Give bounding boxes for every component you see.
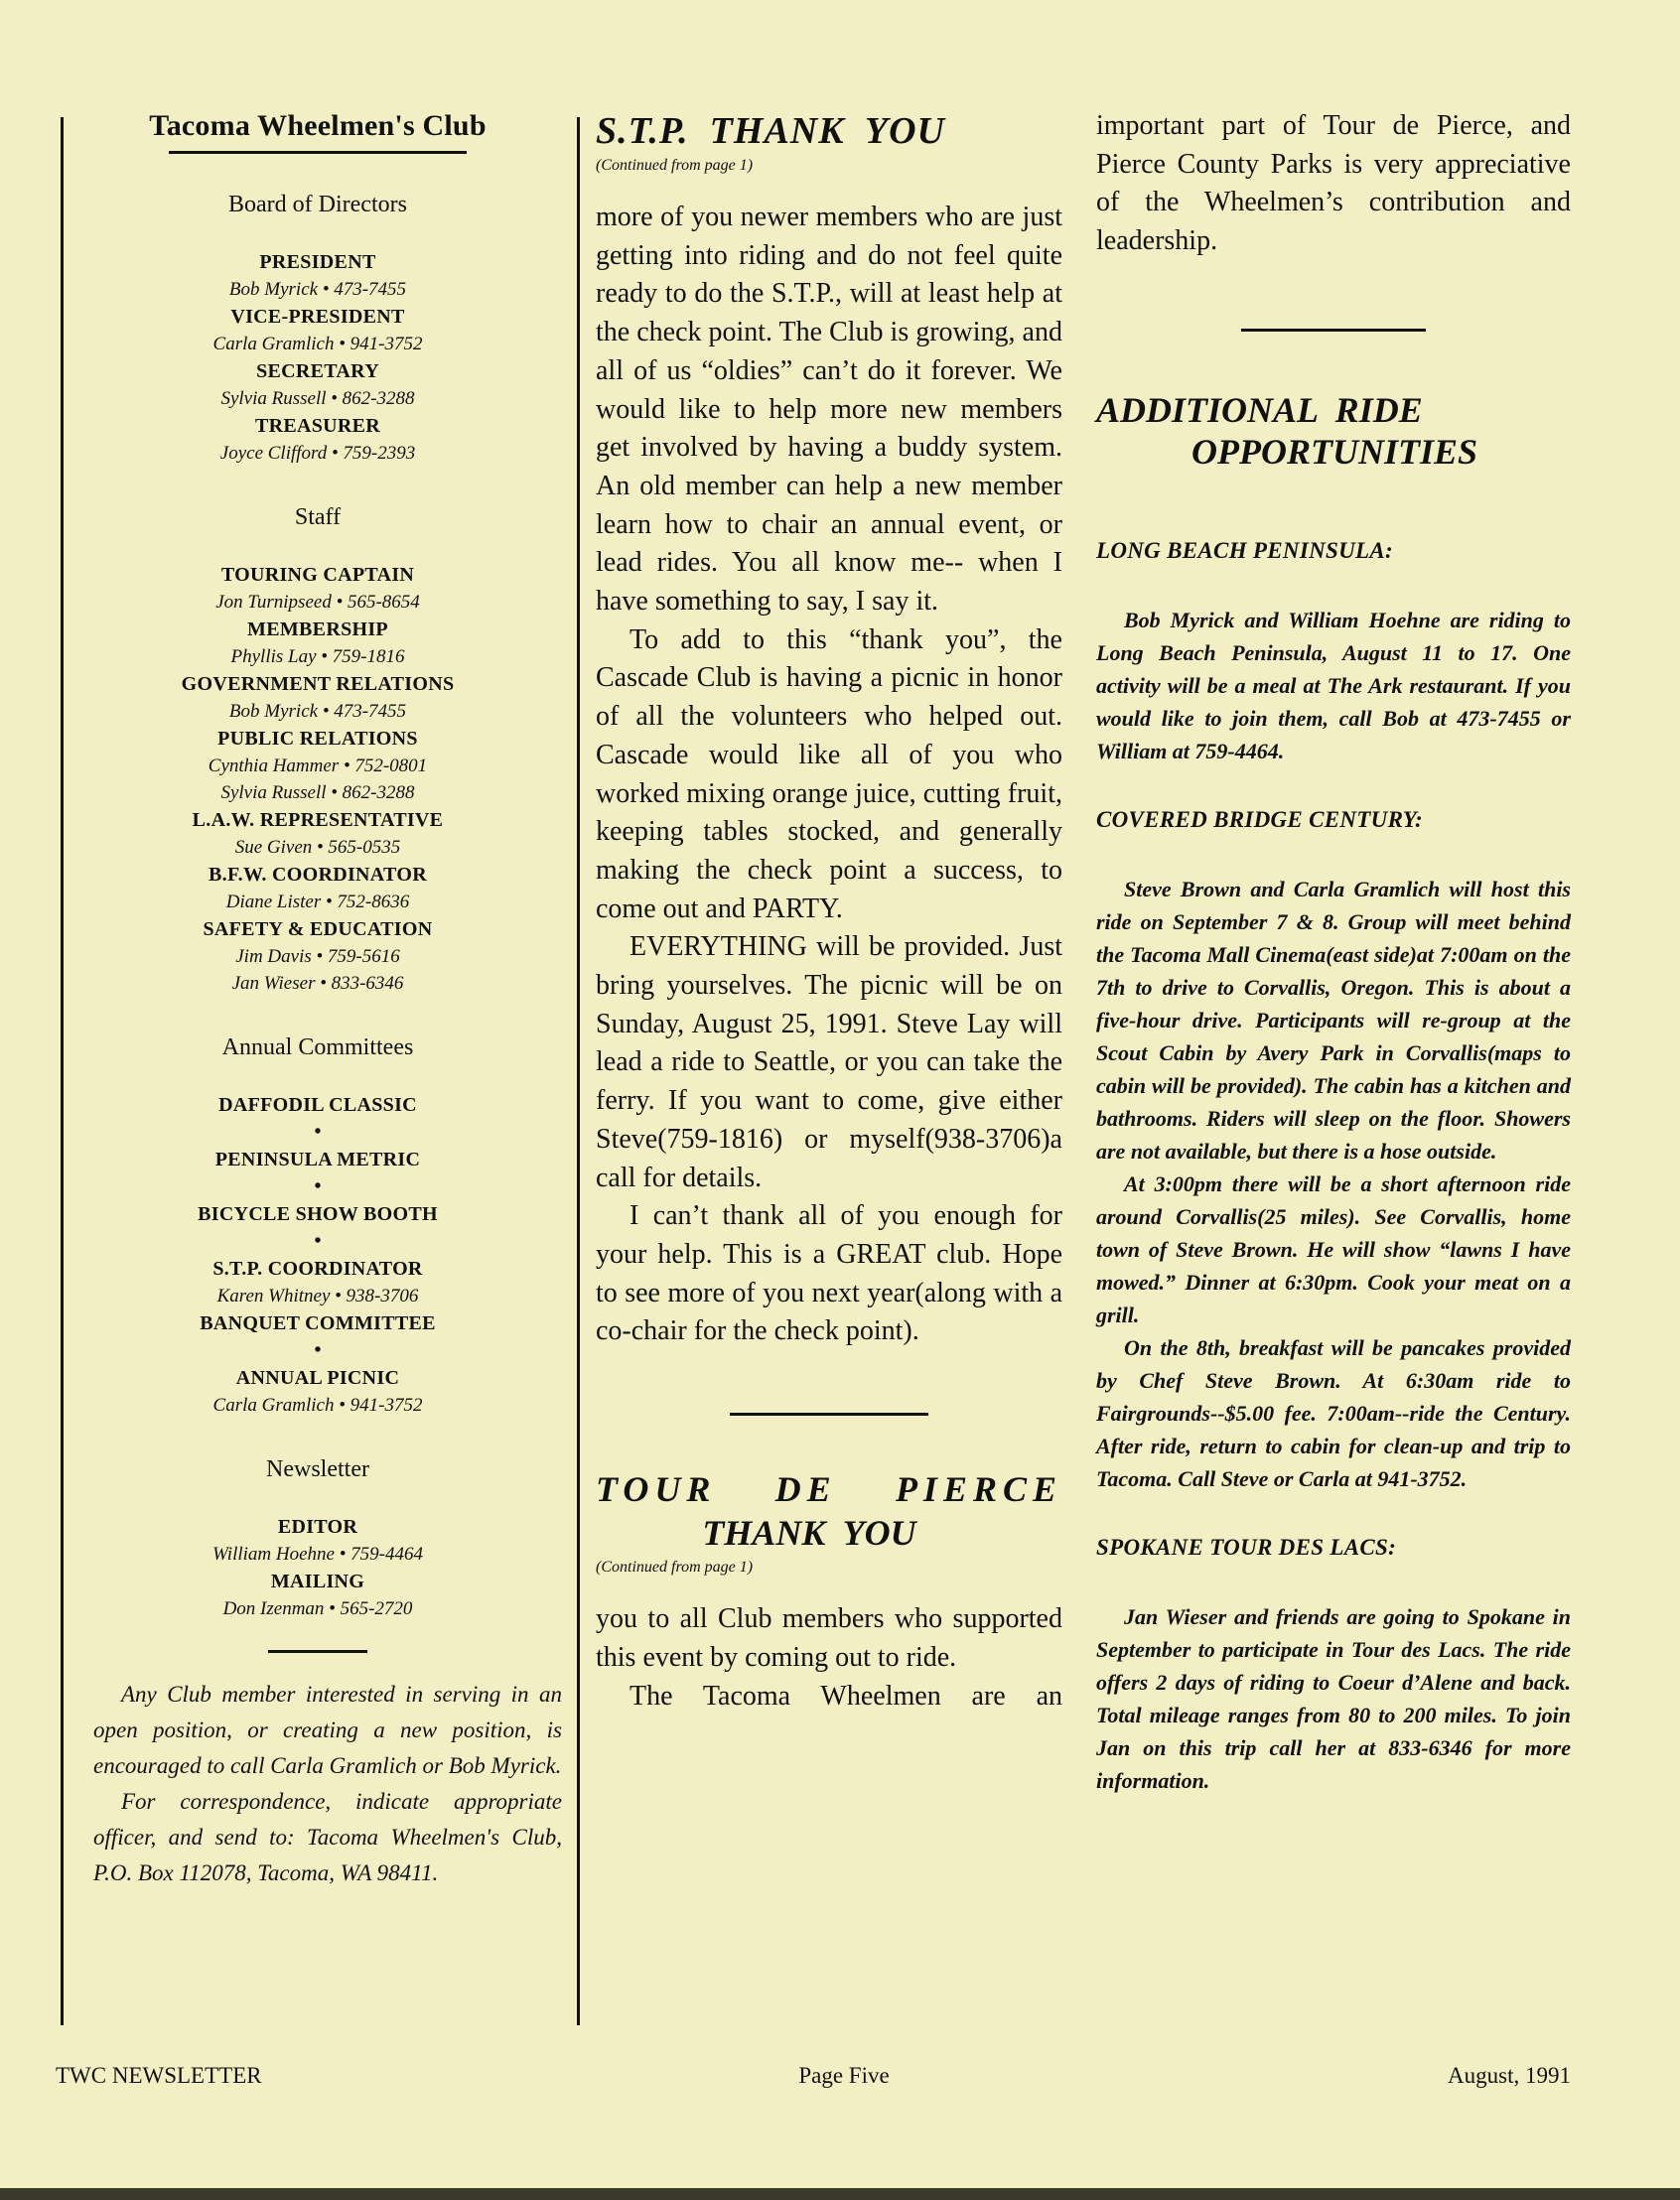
right-column: important part of Tour de Pierce, and Pi… bbox=[1096, 107, 1571, 1837]
section-divider bbox=[268, 1650, 367, 1653]
title-word: TOUR bbox=[596, 1467, 716, 1511]
role-title: GOVERNMENT RELATIONS bbox=[70, 670, 566, 698]
person-contact: Jim Davis • 759-5616 bbox=[70, 943, 566, 970]
section-divider bbox=[1241, 329, 1426, 332]
role-title: TOURING CAPTAIN bbox=[70, 561, 566, 589]
role-title: MEMBERSHIP bbox=[70, 616, 566, 643]
ride-item: SPOKANE TOUR DES LACS:Jan Wieser and fri… bbox=[1096, 1535, 1571, 1797]
role-title: SECRETARY bbox=[70, 357, 566, 385]
role-title: BANQUET COMMITTEE bbox=[70, 1309, 566, 1337]
person-contact: Carla Gramlich • 941-3752 bbox=[70, 1392, 566, 1419]
person-contact: Diane Lister • 752-8636 bbox=[70, 889, 566, 915]
role-title: EDITOR bbox=[70, 1513, 566, 1541]
board-label: Board of Directors bbox=[70, 192, 566, 218]
article-title: TOUR DE PIERCE THANK YOU bbox=[596, 1467, 1062, 1555]
person-contact: Bob Myrick • 473-7455 bbox=[70, 276, 566, 303]
role-title: SAFETY & EDUCATION bbox=[70, 915, 566, 943]
ride-list: LONG BEACH PENINSULA:Bob Myrick and Will… bbox=[1096, 538, 1571, 1797]
note-paragraph: Any Club member interested in serving in… bbox=[93, 1677, 562, 1784]
rides-title: ADDITIONAL RIDE OPPORTUNITIES bbox=[1096, 389, 1571, 473]
role-title: PUBLIC RELATIONS bbox=[70, 725, 566, 753]
footer-date: August, 1991 bbox=[1448, 2063, 1571, 2089]
section-divider bbox=[730, 1413, 928, 1416]
bullet-separator: • bbox=[70, 1173, 566, 1200]
person-contact: Joyce Clifford • 759-2393 bbox=[70, 440, 566, 467]
title-line: OPPORTUNITIES bbox=[1096, 431, 1571, 473]
tour-de-pierce-continuation: important part of Tour de Pierce, and Pi… bbox=[1096, 107, 1571, 261]
ride-item: COVERED BRIDGE CENTURY:Steve Brown and C… bbox=[1096, 807, 1571, 1495]
paragraph: The Tacoma Wheelmen are an bbox=[596, 1678, 1062, 1717]
person-contact: Bob Myrick • 473-7455 bbox=[70, 698, 566, 725]
person-contact: Sylvia Russell • 862-3288 bbox=[70, 779, 566, 806]
person-contact: Karen Whitney • 938-3706 bbox=[70, 1283, 566, 1309]
paragraph: more of you newer members who are just g… bbox=[596, 199, 1062, 621]
column-rule-middle bbox=[577, 117, 580, 2025]
paragraph: At 3:00pm there will be a short afternoo… bbox=[1096, 1168, 1571, 1331]
committees-list: DAFFODIL CLASSIC•PENINSULA METRIC•BICYCL… bbox=[70, 1091, 566, 1419]
tour-de-pierce-article: TOUR DE PIERCE THANK YOU (Continued from… bbox=[596, 1467, 1062, 1716]
article-body: you to all Club members who supported th… bbox=[596, 1600, 1062, 1716]
club-title: Tacoma Wheelmen's Club bbox=[70, 109, 566, 143]
role-title: TREASURER bbox=[70, 412, 566, 440]
ride-description: Steve Brown and Carla Gramlich will host… bbox=[1096, 873, 1571, 1495]
person-contact: Jan Wieser • 833-6346 bbox=[70, 970, 566, 997]
board-list: PRESIDENTBob Myrick • 473-7455VICE-PRESI… bbox=[70, 248, 566, 467]
ride-description: Bob Myrick and William Hoehne are riding… bbox=[1096, 604, 1571, 767]
ride-heading: LONG BEACH PENINSULA: bbox=[1096, 538, 1571, 564]
middle-column: S.T.P. THANK YOU (Continued from page 1)… bbox=[596, 109, 1062, 1716]
bullet-separator: • bbox=[70, 1337, 566, 1364]
committees-label: Annual Committees bbox=[70, 1034, 566, 1061]
role-title: L.A.W. REPRESENTATIVE bbox=[70, 806, 566, 834]
article-body: more of you newer members who are just g… bbox=[596, 199, 1062, 1351]
paragraph: you to all Club members who supported th… bbox=[596, 1600, 1062, 1677]
staff-list: TOURING CAPTAINJon Turnipseed • 565-8654… bbox=[70, 561, 566, 997]
person-contact: Carla Gramlich • 941-3752 bbox=[70, 331, 566, 357]
paragraph: important part of Tour de Pierce, and Pi… bbox=[1096, 107, 1571, 261]
paragraph: I can’t thank all of you enough for your… bbox=[596, 1197, 1062, 1351]
article-title: S.T.P. THANK YOU bbox=[596, 109, 1062, 153]
role-title: B.F.W. COORDINATOR bbox=[70, 861, 566, 889]
bullet-separator: • bbox=[70, 1228, 566, 1255]
role-title: MAILING bbox=[70, 1568, 566, 1595]
role-title: BICYCLE SHOW BOOTH bbox=[70, 1200, 566, 1228]
ride-heading: SPOKANE TOUR DES LACS: bbox=[1096, 1535, 1571, 1561]
paragraph: To add to this “thank you”, the Cascade … bbox=[596, 621, 1062, 929]
continued-note: (Continued from page 1) bbox=[596, 1559, 1062, 1577]
club-contact-note: Any Club member interested in serving in… bbox=[93, 1677, 562, 1891]
staff-label: Staff bbox=[70, 504, 566, 531]
person-contact: Phyllis Lay • 759-1816 bbox=[70, 643, 566, 670]
person-contact: Don Izenman • 565-2720 bbox=[70, 1595, 566, 1622]
paragraph: Bob Myrick and William Hoehne are riding… bbox=[1096, 604, 1571, 767]
club-directory: Tacoma Wheelmen's Club Board of Director… bbox=[70, 109, 566, 1891]
role-title: DAFFODIL CLASSIC bbox=[70, 1091, 566, 1119]
role-title: S.T.P. COORDINATOR bbox=[70, 1255, 566, 1283]
newsletter-list: EDITORWilliam Hoehne • 759-4464MAILINGDo… bbox=[70, 1513, 566, 1622]
role-title: PRESIDENT bbox=[70, 248, 566, 276]
role-title: ANNUAL PICNIC bbox=[70, 1364, 566, 1392]
ride-item: LONG BEACH PENINSULA:Bob Myrick and Will… bbox=[1096, 538, 1571, 767]
person-contact: Sue Given • 565-0535 bbox=[70, 834, 566, 861]
paragraph: EVERYTHING will be provided. Just bring … bbox=[596, 928, 1062, 1197]
paragraph: Jan Wieser and friends are going to Spok… bbox=[1096, 1600, 1571, 1797]
person-contact: William Hoehne • 759-4464 bbox=[70, 1541, 566, 1568]
paragraph: On the 8th, breakfast will be pancakes p… bbox=[1096, 1331, 1571, 1495]
person-contact: Jon Turnipseed • 565-8654 bbox=[70, 589, 566, 616]
newsletter-label: Newsletter bbox=[70, 1456, 566, 1483]
person-contact: Sylvia Russell • 862-3288 bbox=[70, 385, 566, 412]
note-paragraph: For correspondence, indicate appropriate… bbox=[93, 1784, 562, 1891]
role-title: VICE-PRESIDENT bbox=[70, 303, 566, 331]
column-rule-left bbox=[61, 117, 64, 2025]
footer-page-number: Page Five bbox=[0, 2063, 1680, 2089]
title-word: PIERCE bbox=[896, 1467, 1062, 1511]
stp-thank-you-article: S.T.P. THANK YOU (Continued from page 1)… bbox=[596, 109, 1062, 1351]
title-underline bbox=[169, 151, 467, 154]
ride-description: Jan Wieser and friends are going to Spok… bbox=[1096, 1600, 1571, 1797]
paragraph: Steve Brown and Carla Gramlich will host… bbox=[1096, 873, 1571, 1168]
bullet-separator: • bbox=[70, 1119, 566, 1146]
continued-note: (Continued from page 1) bbox=[596, 157, 1062, 175]
person-contact: Cynthia Hammer • 752-0801 bbox=[70, 753, 566, 779]
ride-heading: COVERED BRIDGE CENTURY: bbox=[1096, 807, 1571, 833]
title-line: THANK YOU bbox=[596, 1511, 1062, 1555]
title-word: DE bbox=[775, 1467, 837, 1511]
title-line: ADDITIONAL RIDE bbox=[1096, 390, 1423, 430]
role-title: PENINSULA METRIC bbox=[70, 1146, 566, 1173]
page-edge bbox=[0, 2188, 1680, 2200]
